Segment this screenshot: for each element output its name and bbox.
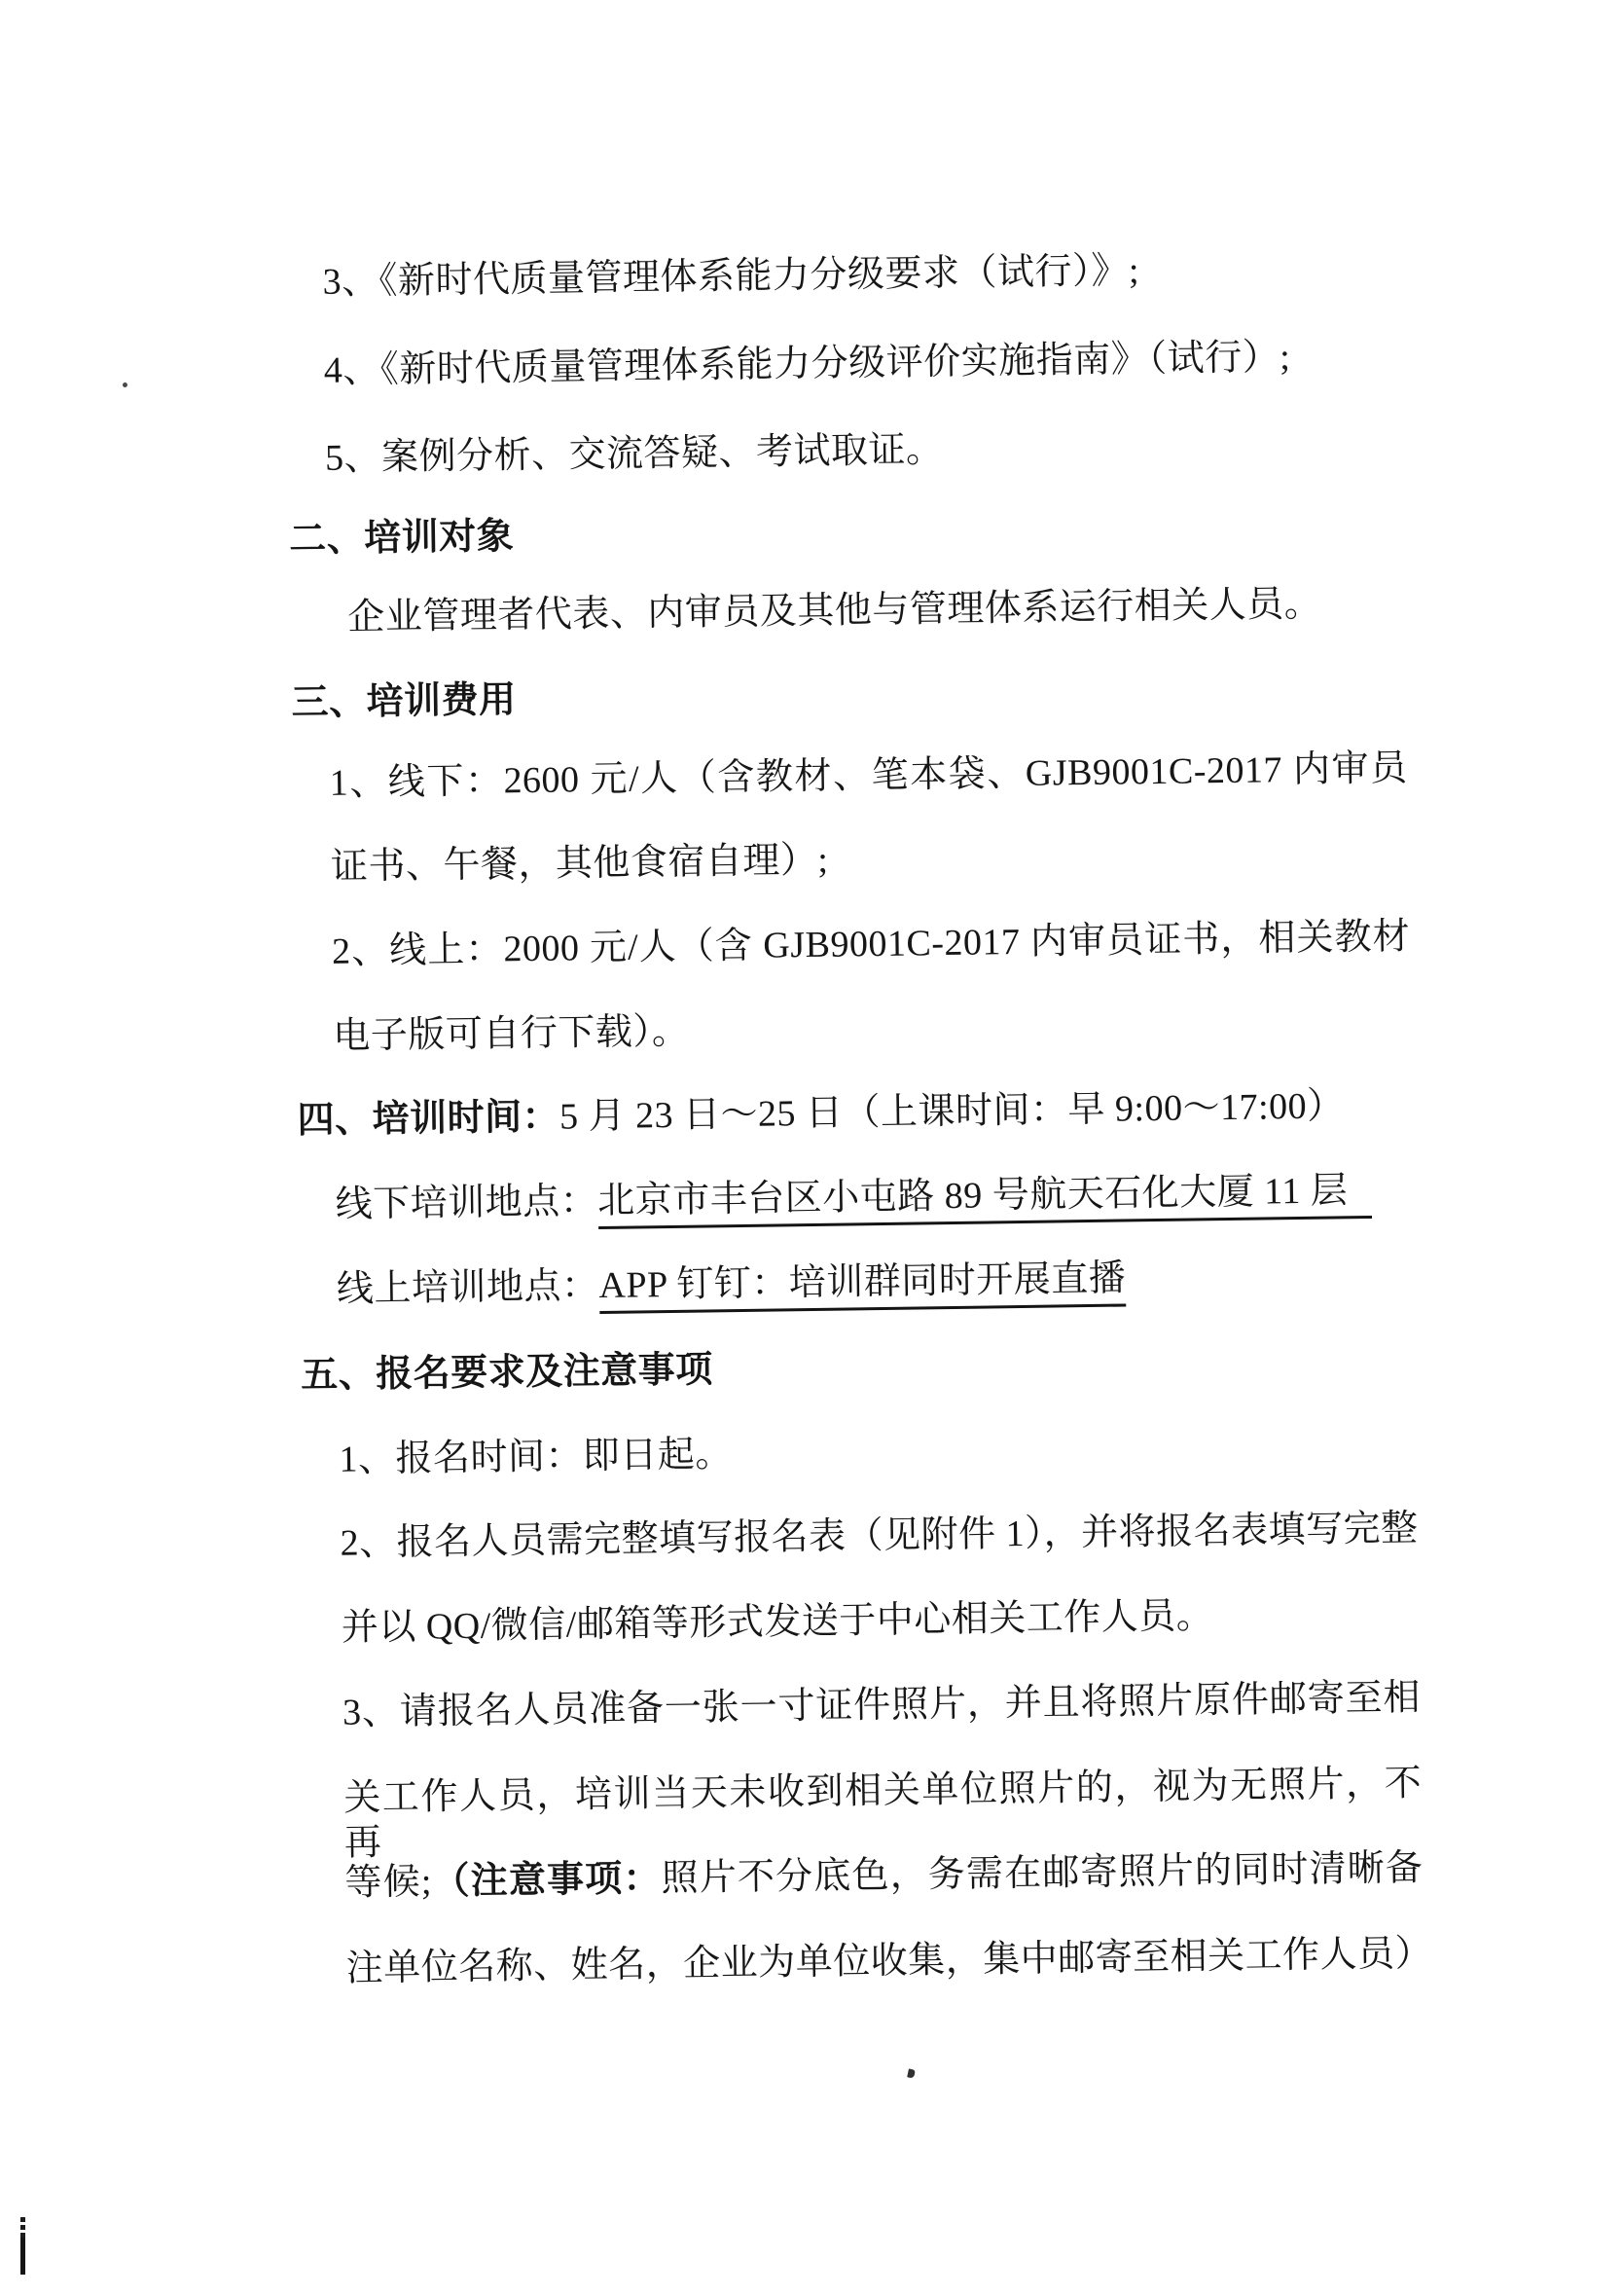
text-line: 2、线上：2000 元/人（含 GJB9001C-2017 内审员证书，相关教材 (332, 914, 1411, 973)
body-text: 1、线下：2600 元/人（含教材、笔本袋、GJB9001C-2017 内审员 (329, 747, 1407, 803)
bold-text: 二、培训对象 (289, 516, 515, 560)
text-line: 1、报名时间：即日起。 (339, 1432, 733, 1482)
body-text: 并以 QQ/微信/邮箱等形式发送于中心相关工作人员。 (342, 1595, 1214, 1649)
ink-speck-small (123, 383, 127, 387)
body-text: 4、《新时代质量管理体系能力分级评价实施指南》（试行）; (324, 337, 1291, 391)
body-text: 1、报名时间：即日起。 (339, 1434, 733, 1480)
body-text: 5 月 23 日～25 日（上课时间：早 9:00～17:00） (559, 1085, 1345, 1137)
text-line: 注单位名称、姓名，企业为单位收集，集中邮寄至相关工作人员） (345, 1931, 1424, 1990)
document-page: 3、《新时代质量管理体系能力分级要求（试行）》;4、《新时代质量管理体系能力分级… (0, 0, 1622, 2296)
text-line: 3、《新时代质量管理体系能力分级要求（试行）》; (322, 248, 1139, 305)
body-text: 3、请报名人员准备一张一寸证件照片，并且将照片原件邮寄至相 (342, 1677, 1421, 1732)
body-text: 证书、午餐，其他食宿自理）; (331, 840, 829, 888)
text-line: 2、报名人员需完整填写报名表（见附件 1），并将报名表填写完整 (340, 1506, 1419, 1565)
body-text: 线下培训地点： (335, 1181, 597, 1225)
text-line: 证书、午餐，其他食宿自理）; (331, 838, 829, 890)
underlined-text: APP 钉钉：培训群同时开展直播 (598, 1257, 1126, 1314)
body-text: 3、《新时代质量管理体系能力分级要求（试行）》; (322, 250, 1139, 303)
bold-text: 四、培训时间： (297, 1097, 559, 1142)
scan-edge-line-solid (20, 2238, 25, 2275)
section-heading-line: 五、报名要求及注意事项 (301, 1347, 713, 1398)
body-text: 5、案例分析、交流答疑、考试取证。 (325, 429, 944, 479)
body-text: 2、线上：2000 元/人（含 GJB9001C-2017 内审员证书，相关教材 (332, 916, 1410, 971)
text-line: 企业管理者代表、内审员及其他与管理体系运行相关人员。 (347, 582, 1322, 640)
text-line: 5、案例分析、交流答疑、考试取证。 (325, 427, 944, 481)
section-heading-line: 四、培训时间：5 月 23 日～25 日（上课时间：早 9:00～17:00） (297, 1083, 1345, 1143)
bold-text: （注意事项： (432, 1858, 662, 1902)
body-text: 照片不分底色，务需在邮寄照片的同时清晰备 (661, 1847, 1423, 1899)
text-line: 线上培训地点：APP 钉钉：培训群同时开展直播 (337, 1256, 1127, 1311)
text-line: 并以 QQ/微信/邮箱等形式发送于中心相关工作人员。 (342, 1593, 1214, 1651)
text-line: 线下培训地点：北京市丰台区小屯路 89 号航天石化大厦 11 层 (335, 1168, 1371, 1227)
text-line: 4、《新时代质量管理体系能力分级评价实施指南》（试行）; (323, 335, 1290, 393)
text-line: 3、请报名人员准备一张一寸证件照片，并且将照片原件邮寄至相 (342, 1675, 1422, 1734)
underlined-text: 北京市丰台区小屯路 89 号航天石化大厦 11 层 (597, 1170, 1372, 1229)
section-heading-line: 三、培训费用 (291, 677, 517, 725)
document-text-block: 3、《新时代质量管理体系能力分级要求（试行）》;4、《新时代质量管理体系能力分级… (282, 0, 1462, 2296)
body-text: 等候; (344, 1862, 432, 1904)
section-heading-line: 二、培训对象 (289, 514, 515, 562)
bold-text: 五、报名要求及注意事项 (301, 1349, 713, 1396)
body-text: 电子版可自行下载）。 (333, 1011, 690, 1057)
body-text: 注单位名称、姓名，企业为单位收集，集中邮寄至相关工作人员） (345, 1933, 1432, 1989)
text-line: 电子版可自行下载）。 (333, 1009, 690, 1059)
scan-edge-line-dashed (20, 2217, 25, 2239)
text-line: 1、线下：2600 元/人（含教材、笔本袋、GJB9001C-2017 内审员 (329, 746, 1408, 805)
body-text: 企业管理者代表、内审员及其他与管理体系运行相关人员。 (347, 584, 1322, 638)
body-text: 2、报名人员需完整填写报名表（见附件 1），并将报名表填写完整 (340, 1508, 1418, 1563)
bold-text: 三、培训费用 (291, 679, 517, 723)
body-text: 线上培训地点： (337, 1265, 599, 1310)
